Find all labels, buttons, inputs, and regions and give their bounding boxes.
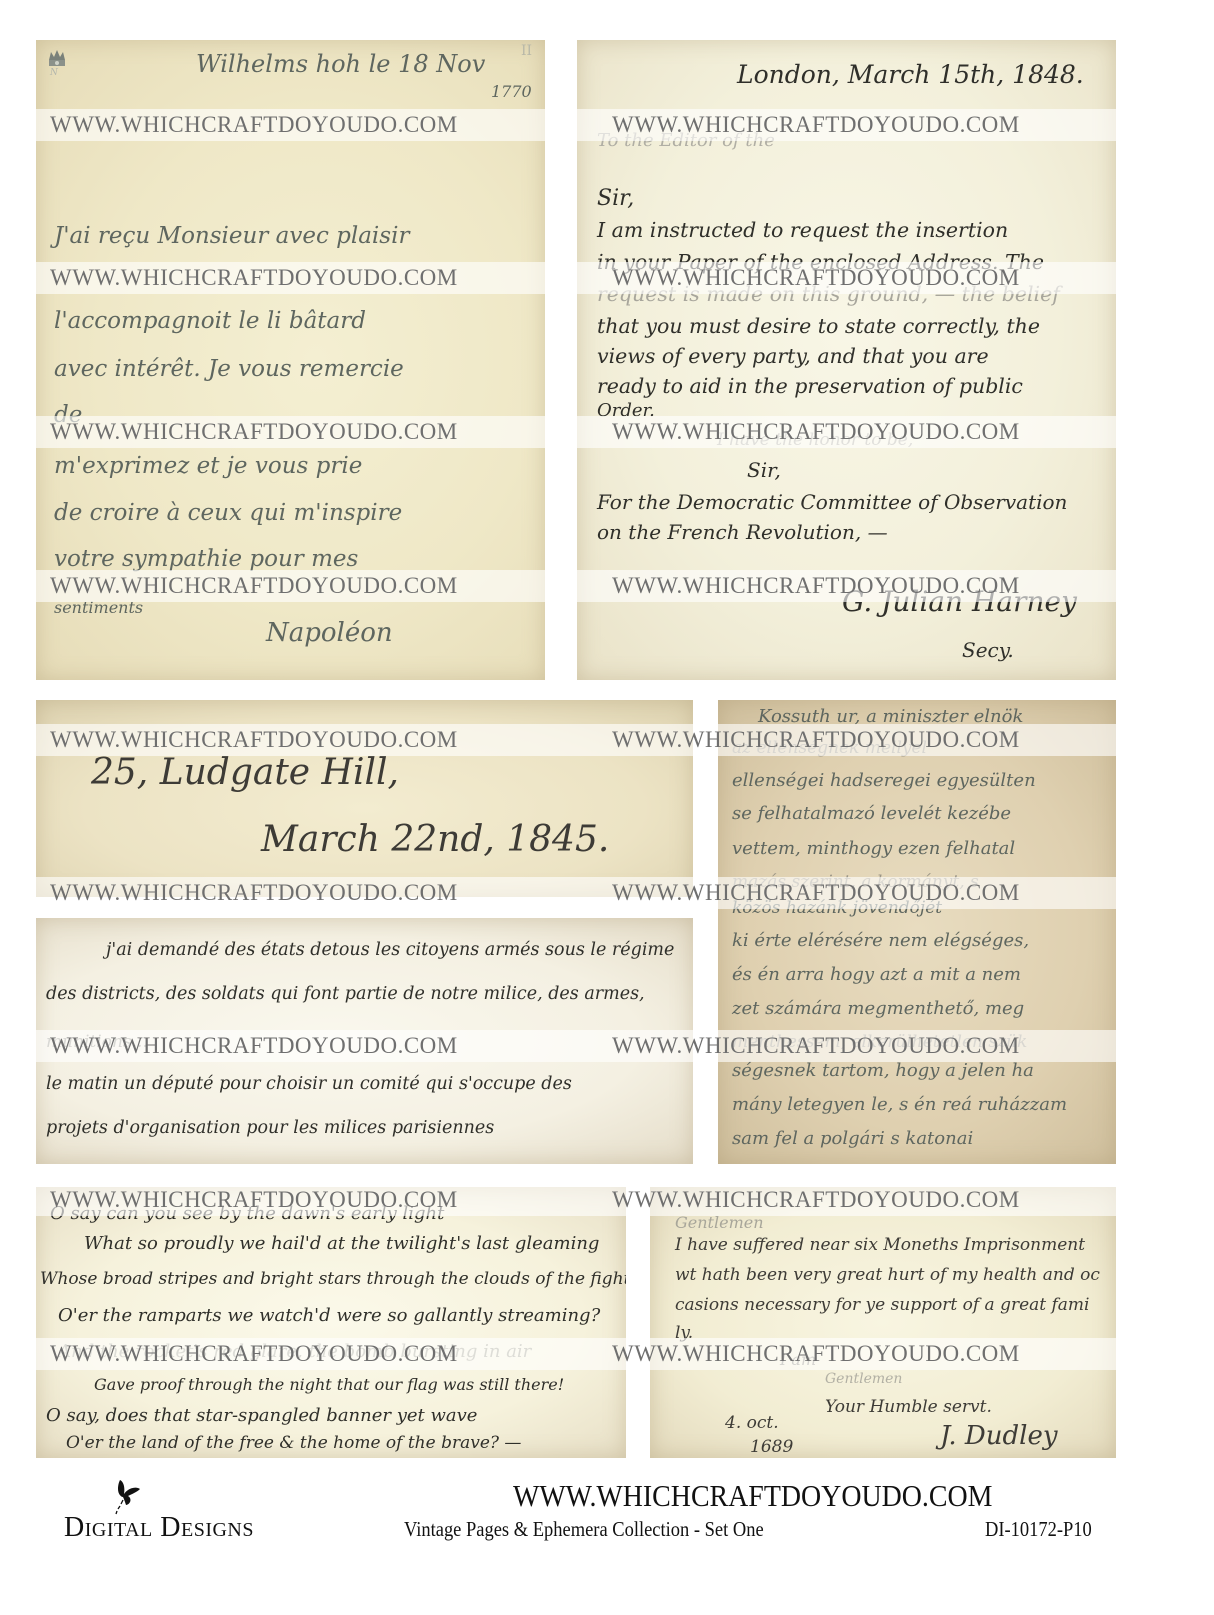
salutation: Sir,: [597, 188, 634, 210]
watermark-band: WWW.WHICHCRAFTDOYOUDO.COM WWW.WHICHCRAFT…: [0, 877, 1214, 909]
watermark-band: WWW.WHICHCRAFTDOYOUDO.COM WWW.WHICHCRAFT…: [0, 724, 1214, 756]
closing-sir: Sir,: [747, 460, 781, 480]
letter-line: casions necessary for ye support of a gr…: [675, 1297, 1090, 1314]
watermark-band: WWW.WHICHCRAFTDOYOUDO.COM WWW.WHICHCRAFT…: [0, 109, 1214, 141]
watermark-text: WWW.WHICHCRAFTDOYOUDO.COM: [612, 877, 1020, 909]
watermark-text: WWW.WHICHCRAFTDOYOUDO.COM: [612, 570, 1020, 602]
salutation: Gentlemen: [675, 1215, 764, 1231]
ephemera-sheet: N Wilhelms hoh le 18 Nov 1770 II J'ai re…: [0, 0, 1214, 1615]
letter-line: ellenségei hadseregei egyesülten: [732, 772, 1036, 790]
address-line: 25, Ludgate Hill,: [91, 755, 399, 791]
secretary-title: Secy.: [962, 640, 1014, 660]
letter-line: J'ai reçu Monsieur avec plaisir: [54, 225, 409, 248]
watermark-text: WWW.WHICHCRAFTDOYOUDO.COM: [612, 724, 1020, 756]
verse-line: What so proudly we hail'd at the twiligh…: [84, 1235, 599, 1253]
letter-line: des districts, des soldats qui font part…: [46, 986, 645, 1004]
watermark-band: WWW.WHICHCRAFTDOYOUDO.COM WWW.WHICHCRAFT…: [0, 1030, 1214, 1062]
letter-line: views of every party, and that you are: [597, 346, 989, 367]
verse-line: O say, does that star-spangled banner ye…: [46, 1407, 477, 1425]
date-year: 1689: [750, 1439, 793, 1456]
letter-line: projets d'organisation pour les milices …: [46, 1120, 494, 1138]
watermark-text: WWW.WHICHCRAFTDOYOUDO.COM: [50, 724, 458, 756]
header-line: Wilhelms hoh le 18 Nov: [196, 52, 485, 76]
watermark-text: WWW.WHICHCRAFTDOYOUDO.COM: [612, 1030, 1020, 1062]
verse-line: O'er the land of the free & the home of …: [66, 1435, 521, 1452]
letter-line: ségesnek tartom, hogy a jelen ha: [732, 1062, 1034, 1080]
brand-logo-text: Digital Designs: [64, 1512, 254, 1544]
butterfly-icon: [108, 1478, 142, 1516]
watermark-text: WWW.WHICHCRAFTDOYOUDO.COM: [50, 109, 458, 141]
signature: Napoléon: [266, 620, 393, 646]
letter-line: zet számára megmenthető, meg: [732, 1000, 1024, 1018]
letter-line: ki érte elérésére nem elégséges,: [732, 932, 1029, 950]
letter-line: m'exprimez et je vous prie: [54, 455, 362, 478]
watermark-text: WWW.WHICHCRAFTDOYOUDO.COM: [612, 416, 1020, 448]
watermark-text: WWW.WHICHCRAFTDOYOUDO.COM: [612, 109, 1020, 141]
verse-line: Whose broad stripes and bright stars thr…: [40, 1271, 626, 1288]
letter-line: wt hath been very great hurt of my healt…: [675, 1267, 1100, 1284]
watermark-text: WWW.WHICHCRAFTDOYOUDO.COM: [50, 1338, 458, 1370]
letter-line: votre sympathie pour mes: [54, 548, 358, 571]
committee-line: For the Democratic Committee of Observat…: [597, 492, 1067, 512]
watermark-text: WWW.WHICHCRAFTDOYOUDO.COM: [612, 1338, 1020, 1370]
letter-line: j'ai demandé des états detous les citoye…: [106, 942, 674, 960]
committee-line: on the French Revolution, —: [597, 522, 888, 542]
watermark-band: WWW.WHICHCRAFTDOYOUDO.COM WWW.WHICHCRAFT…: [0, 570, 1214, 602]
letter-line: és én arra hogy azt a mit a nem: [732, 966, 1021, 984]
signature: J. Dudley: [940, 1423, 1058, 1449]
watermark-text: WWW.WHICHCRAFTDOYOUDO.COM: [50, 416, 458, 448]
letter-line: I have suffered near six Moneths Impriso…: [675, 1237, 1085, 1254]
crown-crest-icon: N: [46, 48, 68, 76]
watermark-text: WWW.WHICHCRAFTDOYOUDO.COM: [50, 570, 458, 602]
letter-line: that you must desire to state correctly,…: [597, 316, 1040, 337]
dudley-letter-panel: Gentlemen I have suffered near six Monet…: [650, 1187, 1116, 1458]
letter-line: l'accompagnoit le li bâtard: [54, 310, 366, 333]
letter-line: de croire à ceux qui m'inspire: [54, 502, 402, 525]
corner-mark: II: [521, 44, 532, 58]
dateline: London, March 15th, 1848.: [737, 62, 1084, 87]
header-year: 1770: [491, 84, 532, 100]
letter-line: mány letegyen le, s én reá ruházzam: [732, 1096, 1067, 1114]
watermark-text: WWW.WHICHCRAFTDOYOUDO.COM: [50, 1184, 458, 1216]
footer-url: WWW.WHICHCRAFTDOYOUDO.COM: [513, 1478, 992, 1514]
letter-line: se felhatalmazó levelét kezébe: [732, 805, 1011, 823]
hungarian-letter-panel: Kossuth ur, a miniszter elnök az ellensé…: [718, 700, 1116, 1164]
watermark-text: WWW.WHICHCRAFTDOYOUDO.COM: [612, 262, 1020, 294]
watermark-band: WWW.WHICHCRAFTDOYOUDO.COM WWW.WHICHCRAFT…: [0, 262, 1214, 294]
letter-line: ready to aid in the preservation of publ…: [597, 376, 1023, 397]
watermark-text: WWW.WHICHCRAFTDOYOUDO.COM: [50, 1030, 458, 1062]
verse-line: O'er the ramparts we watch'd were so gal…: [58, 1307, 600, 1325]
closing-faint: Gentlemen: [825, 1372, 902, 1386]
watermark-text: WWW.WHICHCRAFTDOYOUDO.COM: [50, 262, 458, 294]
watermark-band: WWW.WHICHCRAFTDOYOUDO.COM WWW.WHICHCRAFT…: [0, 416, 1214, 448]
watermark-text: WWW.WHICHCRAFTDOYOUDO.COM: [50, 877, 458, 909]
watermark-band: WWW.WHICHCRAFTDOYOUDO.COM WWW.WHICHCRAFT…: [0, 1184, 1214, 1216]
letter-line: le matin un député pour choisir un comit…: [46, 1076, 572, 1094]
letter-line: sam fel a polgári s katonai: [732, 1130, 973, 1148]
product-sku: DI-10172-P10: [985, 1517, 1092, 1542]
date-day: 4. oct.: [725, 1415, 779, 1432]
date-line: March 22nd, 1845.: [261, 822, 609, 858]
watermark-band: WWW.WHICHCRAFTDOYOUDO.COM WWW.WHICHCRAFT…: [0, 1338, 1214, 1370]
svg-text:N: N: [49, 68, 59, 76]
closing-servant: Your Humble servt.: [825, 1399, 992, 1416]
watermark-text: WWW.WHICHCRAFTDOYOUDO.COM: [612, 1184, 1020, 1216]
collection-title: Vintage Pages & Ephemera Collection - Se…: [404, 1517, 764, 1542]
letter-line: sentiments: [54, 600, 143, 616]
letter-line: avec intérêt. Je vous remercie: [54, 358, 404, 381]
letter-line: I am instructed to request the insertion: [597, 220, 1008, 241]
letter-line: vettem, minthogy ezen felhatal: [732, 840, 1015, 858]
anthem-manuscript-panel: O say can you see by the dawn's early li…: [36, 1187, 626, 1458]
verse-line: Gave proof through the night that our fl…: [94, 1377, 564, 1393]
